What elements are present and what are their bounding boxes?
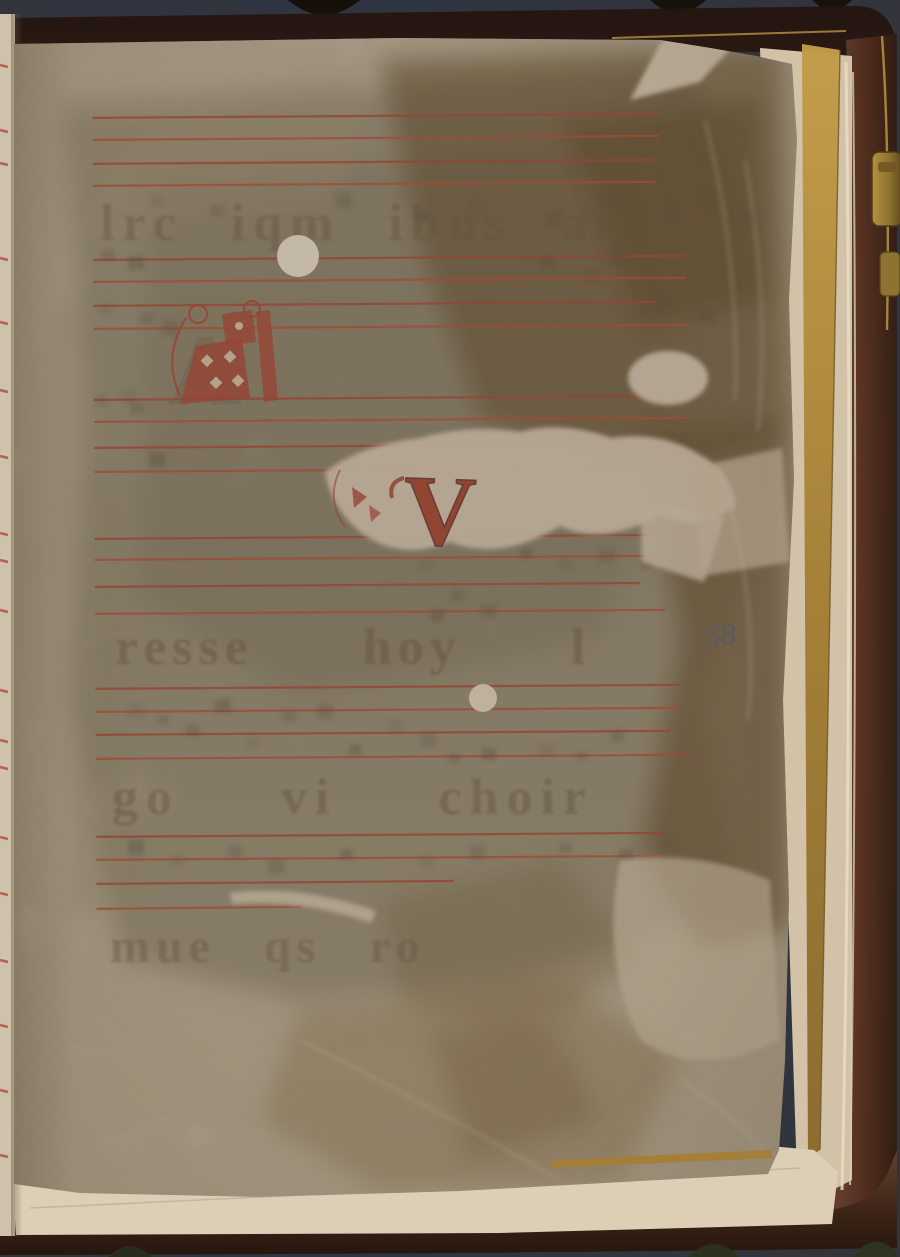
manuscript-photo: lrc iqm ibus au lleluia resse hoy l go v… — [0, 0, 900, 1257]
manuscript-scene: lrc iqm ibus au lleluia resse hoy l go v… — [0, 0, 900, 1257]
parchment-leaf: lrc iqm ibus au lleluia resse hoy l go v… — [0, 20, 810, 1210]
leaf-vignette — [0, 20, 810, 1210]
